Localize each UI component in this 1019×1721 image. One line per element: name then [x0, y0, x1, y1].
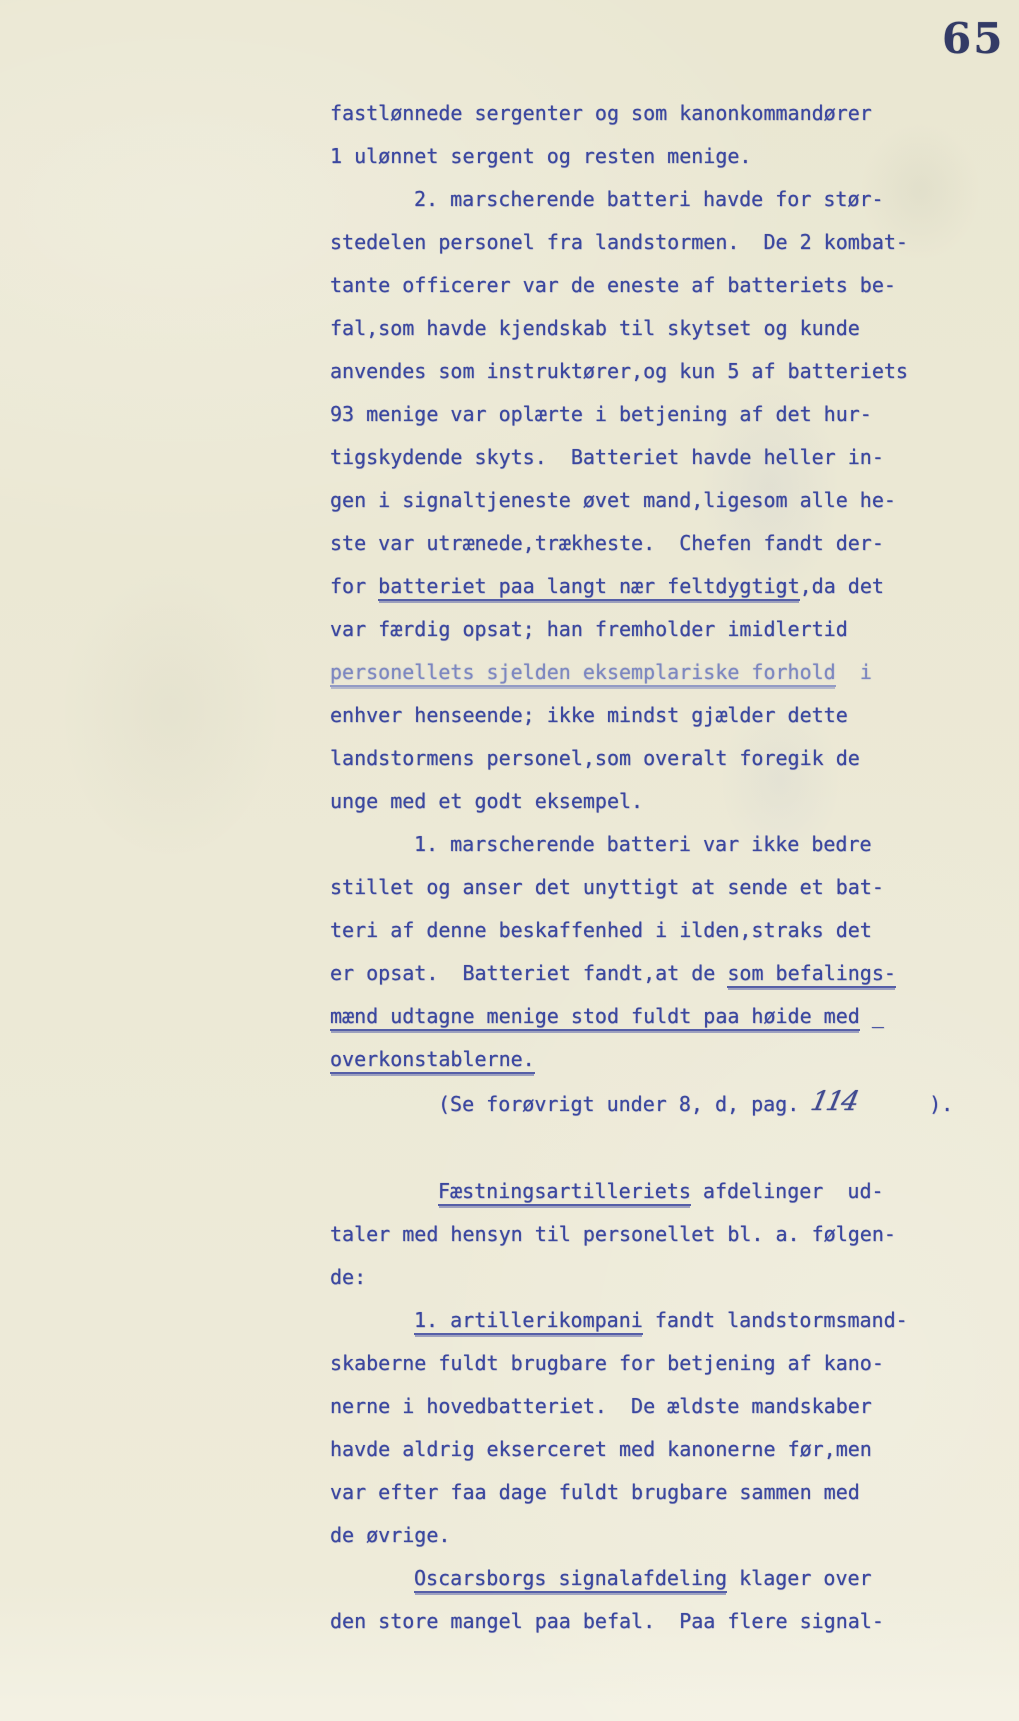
underlined-text: personellets sjelden eksemplariske forho… — [330, 660, 836, 687]
text-line: skaberne fuldt brugbare for betjening af… — [330, 1342, 950, 1385]
paper-smudge — [60, 560, 280, 860]
text-segment: tante officerer var de eneste af batteri… — [330, 273, 896, 297]
text-segment: 93 menige var oplærte i betjening af det… — [330, 402, 872, 426]
text-segment: ,da det — [800, 574, 884, 598]
handwritten-page-ref: 114 — [807, 1080, 862, 1123]
text-segment: de: — [330, 1265, 366, 1289]
text-segment: _ — [860, 1004, 884, 1028]
text-line: tigskydende skyts. Batteriet havde helle… — [330, 436, 950, 479]
text-line: taler med hensyn til personellet bl. a. … — [330, 1213, 950, 1256]
page-number: 65 — [942, 14, 1004, 63]
text-line: stillet og anser det unyttigt at sende e… — [330, 866, 950, 909]
text-line: havde aldrig ekserceret med kanonerne fø… — [330, 1428, 950, 1471]
underlined-text: 1. artillerikompani — [414, 1308, 643, 1335]
text-line: Fæstningsartilleriets afdelinger ud- — [330, 1170, 950, 1213]
text-line: gen i signaltjeneste øvet mand,ligesom a… — [330, 479, 950, 522]
text-segment: for — [330, 574, 378, 598]
text-segment: 1. marscherende batteri var ikke bedre — [414, 832, 872, 856]
text-segment: fastlønnede sergenter og som kanonkomman… — [330, 101, 872, 125]
text-segment: ste var utrænede,trækheste. Chefen fandt… — [330, 531, 884, 555]
text-line: 2. marscherende batteri havde for stør- — [330, 178, 950, 221]
text-segment: er opsat. Batteriet fandt,at de — [330, 961, 727, 985]
text-segment: de øvrige. — [330, 1523, 450, 1547]
text-line: var færdig opsat; han fremholder imidler… — [330, 608, 950, 651]
text-segment: nerne i hovedbatteriet. De ældste mandsk… — [330, 1394, 872, 1418]
text-line: var efter faa dage fuldt brugbare sammen… — [330, 1471, 950, 1514]
text-line: de øvrige. — [330, 1514, 950, 1557]
text-line: Oscarsborgs signalafdeling klager over — [330, 1557, 950, 1600]
text-segment: klager over — [727, 1566, 872, 1590]
text-segment: anvendes som instruktører,og kun 5 af ba… — [330, 359, 908, 383]
text-segment: landstormens personel,som overalt foregi… — [330, 746, 860, 770]
text-line: de: — [330, 1256, 950, 1299]
text-segment: i — [836, 660, 872, 684]
text-line: 93 menige var oplærte i betjening af det… — [330, 393, 950, 436]
text-segment: 1 ulønnet sergent og resten menige. — [330, 144, 751, 168]
text-segment: fal,som havde kjendskab til skytset og k… — [330, 316, 860, 340]
text-line: nerne i hovedbatteriet. De ældste mandsk… — [330, 1385, 950, 1428]
text-segment: var færdig opsat; han fremholder imidler… — [330, 617, 848, 641]
text-segment: afdelinger ud- — [691, 1179, 884, 1203]
text-line: unge med et godt eksempel. — [330, 780, 950, 823]
text-line: anvendes som instruktører,og kun 5 af ba… — [330, 350, 950, 393]
text-line: ste var utrænede,trækheste. Chefen fandt… — [330, 522, 950, 565]
text-segment: havde aldrig ekserceret med kanonerne fø… — [330, 1437, 872, 1461]
text-segment: enhver henseende; ikke mindst gjælder de… — [330, 703, 848, 727]
text-line: overkonstablerne. — [330, 1038, 950, 1081]
text-segment: gen i signaltjeneste øvet mand,ligesom a… — [330, 488, 896, 512]
underlined-text: batteriet paa langt nær feltdygtigt — [378, 574, 799, 601]
underlined-text: overkonstablerne. — [330, 1047, 535, 1074]
text-line: fastlønnede sergenter og som kanonkomman… — [330, 92, 950, 135]
underlined-text: Fæstningsartilleriets — [438, 1179, 691, 1206]
text-line: mænd udtagne menige stod fuldt paa høide… — [330, 995, 950, 1038]
text-segment: taler med hensyn til personellet bl. a. … — [330, 1222, 896, 1246]
text-segment: stillet og anser det unyttigt at sende e… — [330, 875, 884, 899]
underlined-text: Oscarsborgs signalafdeling — [414, 1566, 727, 1593]
text-segment: var efter faa dage fuldt brugbare sammen… — [330, 1480, 860, 1504]
text-segment: ). — [857, 1092, 953, 1116]
text-line: teri af denne beskaffenhed i ilden,strak… — [330, 909, 950, 952]
text-segment: (Se forøvrigt under 8, d, pag. — [438, 1092, 811, 1116]
text-segment: skaberne fuldt brugbare for betjening af… — [330, 1351, 884, 1375]
text-line: (Se forøvrigt under 8, d, pag. 114 ). — [330, 1081, 950, 1124]
text-line: 1. artillerikompani fandt landstormsmand… — [330, 1299, 950, 1342]
text-segment: unge med et godt eksempel. — [330, 789, 643, 813]
typewritten-text-block: fastlønnede sergenter og som kanonkomman… — [330, 92, 950, 1643]
text-line: er opsat. Batteriet fandt,at de som befa… — [330, 952, 950, 995]
text-line: stedelen personel fra landstormen. De 2 … — [330, 221, 950, 264]
text-line: fal,som havde kjendskab til skytset og k… — [330, 307, 950, 350]
text-line: landstormens personel,som overalt foregi… — [330, 737, 950, 780]
text-line: for batteriet paa langt nær feltdygtigt,… — [330, 565, 950, 608]
text-segment: 2. marscherende batteri havde for stør- — [414, 187, 884, 211]
text-segment: teri af denne beskaffenhed i ilden,strak… — [330, 918, 872, 942]
underlined-text: mænd udtagne menige stod fuldt paa høide… — [330, 1004, 860, 1031]
scanned-document-page: 65 fastlønnede sergenter og som kanonkom… — [0, 0, 1019, 1721]
text-segment: den store mangel paa befal. Paa flere si… — [330, 1609, 884, 1633]
underlined-text: som befalings- — [727, 961, 896, 988]
text-line: den store mangel paa befal. Paa flere si… — [330, 1600, 950, 1643]
text-line: personellets sjelden eksemplariske forho… — [330, 651, 950, 694]
text-segment: fandt landstormsmand- — [643, 1308, 908, 1332]
text-segment: tigskydende skyts. Batteriet havde helle… — [330, 445, 884, 469]
text-line: tante officerer var de eneste af batteri… — [330, 264, 950, 307]
text-segment: stedelen personel fra landstormen. De 2 … — [330, 230, 908, 254]
text-line: enhver henseende; ikke mindst gjælder de… — [330, 694, 950, 737]
text-line: 1 ulønnet sergent og resten menige. — [330, 135, 950, 178]
text-line: 1. marscherende batteri var ikke bedre — [330, 823, 950, 866]
